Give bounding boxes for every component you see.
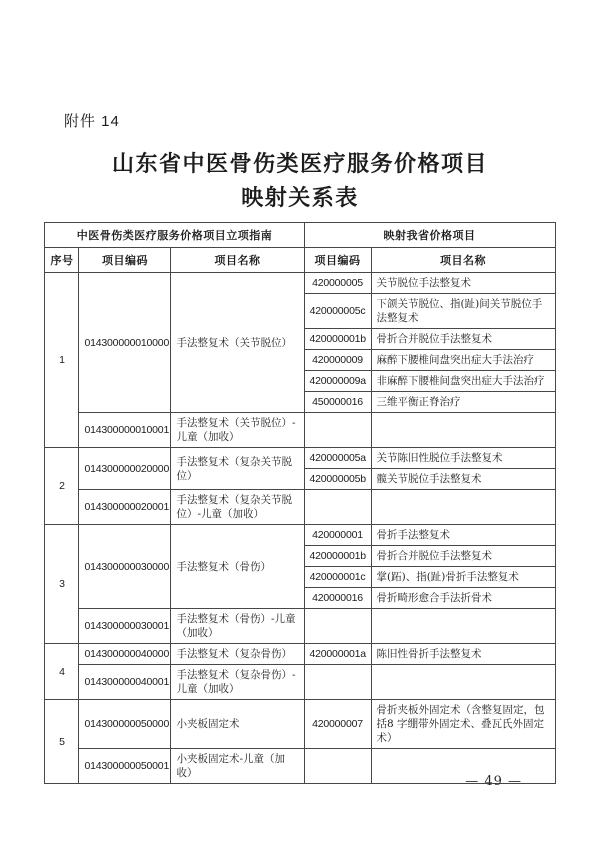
map-name-cell bbox=[371, 609, 555, 644]
map-code-cell: 420000007 bbox=[304, 700, 371, 749]
map-name-cell: 下颌关节脱位、指(趾)间关节脱位手法整复术 bbox=[371, 294, 555, 329]
map-code-cell bbox=[304, 609, 371, 644]
map-code-cell: 420000001 bbox=[304, 525, 371, 546]
map-name-cell bbox=[371, 413, 555, 448]
page-number: — 49 — bbox=[465, 774, 522, 789]
mapping-table: 中医骨伤类医疗服务价格项目立项指南 映射我省价格项目 序号 项目编码 项目名称 … bbox=[44, 222, 555, 784]
map-name-cell: 非麻醉下腰椎间盘突出症大手法治疗 bbox=[371, 371, 555, 392]
guide-name-cell: 小夹板固定术-儿童（加收） bbox=[171, 749, 304, 784]
column-header-seq: 序号 bbox=[45, 248, 79, 273]
title-line-2: 映射关系表 bbox=[0, 181, 600, 215]
map-code-cell: 420000001b bbox=[304, 546, 371, 567]
group-header-mapped: 映射我省价格项目 bbox=[304, 223, 555, 248]
guide-code-cell: 014300000010001 bbox=[79, 413, 171, 448]
guide-name-cell: 手法整复术（复杂骨伤） bbox=[171, 644, 304, 665]
table-row: 4 014300000040000 手法整复术（复杂骨伤） 420000001a… bbox=[45, 644, 555, 665]
map-name-cell bbox=[371, 490, 555, 525]
guide-name-cell: 手法整复术（复杂骨伤）-儿童（加收） bbox=[171, 665, 304, 700]
document-title: 山东省中医骨伤类医疗服务价格项目 映射关系表 bbox=[0, 147, 600, 215]
map-code-cell: 420000005 bbox=[304, 273, 371, 294]
map-name-cell bbox=[371, 665, 555, 700]
document-page: 附件 14 山东省中医骨伤类医疗服务价格项目 映射关系表 中医骨伤类医疗服务价格… bbox=[0, 0, 600, 848]
map-name-cell: 骨折合并脱位手法整复术 bbox=[371, 329, 555, 350]
guide-name-cell: 小夹板固定术 bbox=[171, 700, 304, 749]
column-header-guide-name: 项目名称 bbox=[171, 248, 304, 273]
guide-code-cell: 014300000030001 bbox=[79, 609, 171, 644]
map-code-cell: 420000001a bbox=[304, 644, 371, 665]
guide-name-cell: 手法整复术（关节脱位）-儿童（加收） bbox=[171, 413, 304, 448]
title-line-1: 山东省中医骨伤类医疗服务价格项目 bbox=[0, 147, 600, 181]
seq-cell: 4 bbox=[45, 644, 79, 700]
map-name-cell: 骨折手法整复术 bbox=[371, 525, 555, 546]
guide-name-cell: 手法整复术（骨伤）-儿童（加收） bbox=[171, 609, 304, 644]
map-name-cell: 骨折合并脱位手法整复术 bbox=[371, 546, 555, 567]
map-code-cell: 420000001c bbox=[304, 567, 371, 588]
guide-code-cell: 014300000050001 bbox=[79, 749, 171, 784]
seq-cell: 5 bbox=[45, 700, 79, 784]
map-name-cell: 掌(跖)、指(趾)骨折手法整复术 bbox=[371, 567, 555, 588]
table-row: 2 014300000020000 手法整复术（复杂关节脱位） 42000000… bbox=[45, 448, 555, 469]
table-row: 014300000010001 手法整复术（关节脱位）-儿童（加收） bbox=[45, 413, 555, 448]
guide-code-cell: 014300000020000 bbox=[79, 448, 171, 490]
map-code-cell: 420000005a bbox=[304, 448, 371, 469]
table-row: 014300000040001 手法整复术（复杂骨伤）-儿童（加收） bbox=[45, 665, 555, 700]
map-code-cell bbox=[304, 413, 371, 448]
map-name-cell: 麻醉下腰椎间盘突出症大手法治疗 bbox=[371, 350, 555, 371]
guide-code-cell: 014300000020001 bbox=[79, 490, 171, 525]
table-row: 014300000020001 手法整复术（复杂关节脱位）-儿童（加收） bbox=[45, 490, 555, 525]
map-code-cell bbox=[304, 749, 371, 784]
seq-cell: 2 bbox=[45, 448, 79, 525]
guide-name-cell: 手法整复术（关节脱位） bbox=[171, 273, 304, 413]
table-group-header-row: 中医骨伤类医疗服务价格项目立项指南 映射我省价格项目 bbox=[45, 223, 555, 248]
map-name-cell: 骨折畸形愈合手法折骨术 bbox=[371, 588, 555, 609]
group-header-guide: 中医骨伤类医疗服务价格项目立项指南 bbox=[45, 223, 304, 248]
map-code-cell: 420000005b bbox=[304, 469, 371, 490]
map-name-cell: 关节脱位手法整复术 bbox=[371, 273, 555, 294]
column-header-guide-code: 项目编码 bbox=[79, 248, 171, 273]
map-name-cell: 陈旧性骨折手法整复术 bbox=[371, 644, 555, 665]
table-column-header-row: 序号 项目编码 项目名称 项目编码 项目名称 bbox=[45, 248, 555, 273]
map-name-cell bbox=[371, 749, 555, 784]
guide-code-cell: 014300000040001 bbox=[79, 665, 171, 700]
column-header-map-name: 项目名称 bbox=[371, 248, 555, 273]
map-code-cell: 420000009 bbox=[304, 350, 371, 371]
seq-cell: 1 bbox=[45, 273, 79, 448]
map-code-cell bbox=[304, 665, 371, 700]
attachment-label: 附件 14 bbox=[64, 110, 600, 131]
map-code-cell: 420000001b bbox=[304, 329, 371, 350]
guide-code-cell: 014300000050000 bbox=[79, 700, 171, 749]
map-name-cell: 三维平衡正脊治疗 bbox=[371, 392, 555, 413]
table-row: 5 014300000050000 小夹板固定术 420000007 骨折夹板外… bbox=[45, 700, 555, 749]
seq-cell: 3 bbox=[45, 525, 79, 644]
map-name-cell: 骨折夹板外固定术（含整复固定，包括8 字绷带外固定术、叠瓦氏外固定术） bbox=[371, 700, 555, 749]
map-code-cell: 420000009a bbox=[304, 371, 371, 392]
guide-name-cell: 手法整复术（复杂关节脱位）-儿童（加收） bbox=[171, 490, 304, 525]
map-name-cell: 髋关节脱位手法整复术 bbox=[371, 469, 555, 490]
guide-code-cell: 014300000040000 bbox=[79, 644, 171, 665]
guide-name-cell: 手法整复术（骨伤） bbox=[171, 525, 304, 609]
map-code-cell: 420000016 bbox=[304, 588, 371, 609]
guide-code-cell: 014300000030000 bbox=[79, 525, 171, 609]
guide-name-cell: 手法整复术（复杂关节脱位） bbox=[171, 448, 304, 490]
table-row: 1 014300000010000 手法整复术（关节脱位） 420000005 … bbox=[45, 273, 555, 294]
table-row: 3 014300000030000 手法整复术（骨伤） 420000001 骨折… bbox=[45, 525, 555, 546]
table-row: 014300000030001 手法整复术（骨伤）-儿童（加收） bbox=[45, 609, 555, 644]
map-name-cell: 关节陈旧性脱位手法整复术 bbox=[371, 448, 555, 469]
column-header-map-code: 项目编码 bbox=[304, 248, 371, 273]
map-code-cell bbox=[304, 490, 371, 525]
map-code-cell: 420000005c bbox=[304, 294, 371, 329]
guide-code-cell: 014300000010000 bbox=[79, 273, 171, 413]
map-code-cell: 450000016 bbox=[304, 392, 371, 413]
